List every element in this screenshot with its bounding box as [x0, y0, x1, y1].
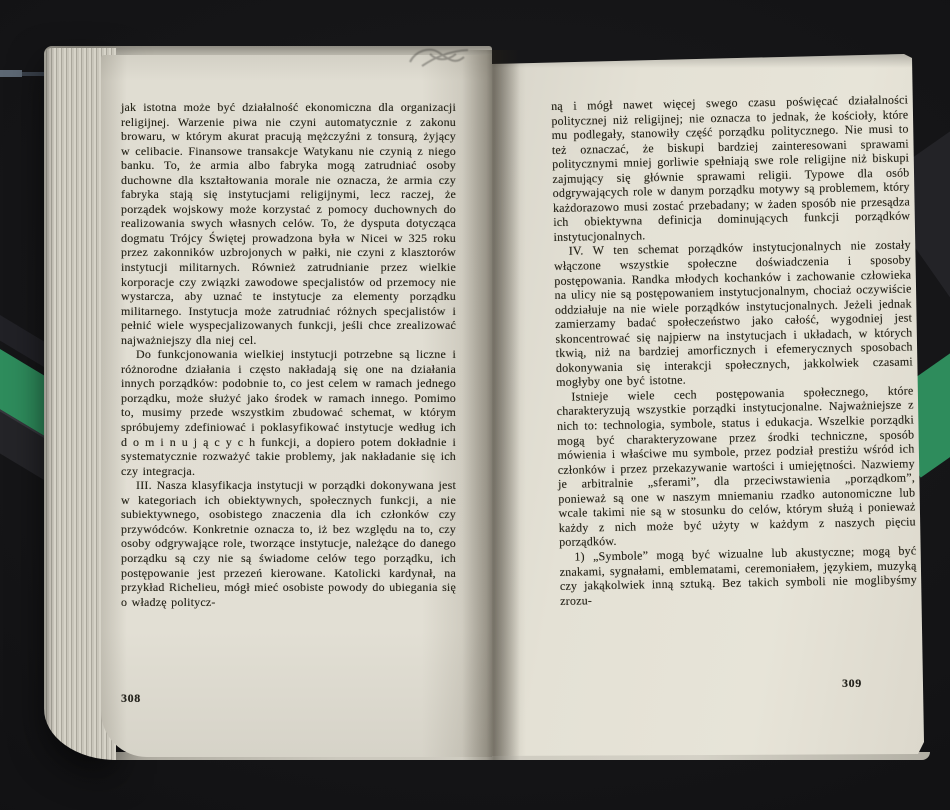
paragraph: Istnieje wiele cech postępowania społecz…	[556, 383, 916, 550]
paragraph: 1) „Symbole” mogą być wizualne lub akust…	[559, 543, 917, 608]
page-number-left: 308	[121, 691, 141, 706]
edge-stamp-icon	[402, 42, 478, 74]
page-number-right: 309	[842, 676, 862, 691]
paragraph: ną i mógł nawet więcej swego czasu poświ…	[551, 92, 911, 244]
paragraph: III. Nasza klasyfikacja instytucji w por…	[121, 478, 456, 609]
paragraph: IV. W ten schemat porządków instytucjona…	[554, 238, 914, 390]
right-page-text: ną i mógł nawet więcej swego czasu poświ…	[551, 92, 917, 608]
left-page-text: jak istotna może być działalność ekonomi…	[121, 100, 456, 609]
slate-dash	[0, 70, 22, 77]
slate-dash-shadow	[22, 72, 46, 76]
book-gutter-shadow	[462, 50, 520, 760]
book-photo: jak istotna może być działalność ekonomi…	[0, 0, 950, 810]
paragraph: Do funkcjonowania wielkiej instytucji po…	[121, 347, 456, 478]
paragraph: jak istotna może być działalność ekonomi…	[121, 100, 456, 347]
